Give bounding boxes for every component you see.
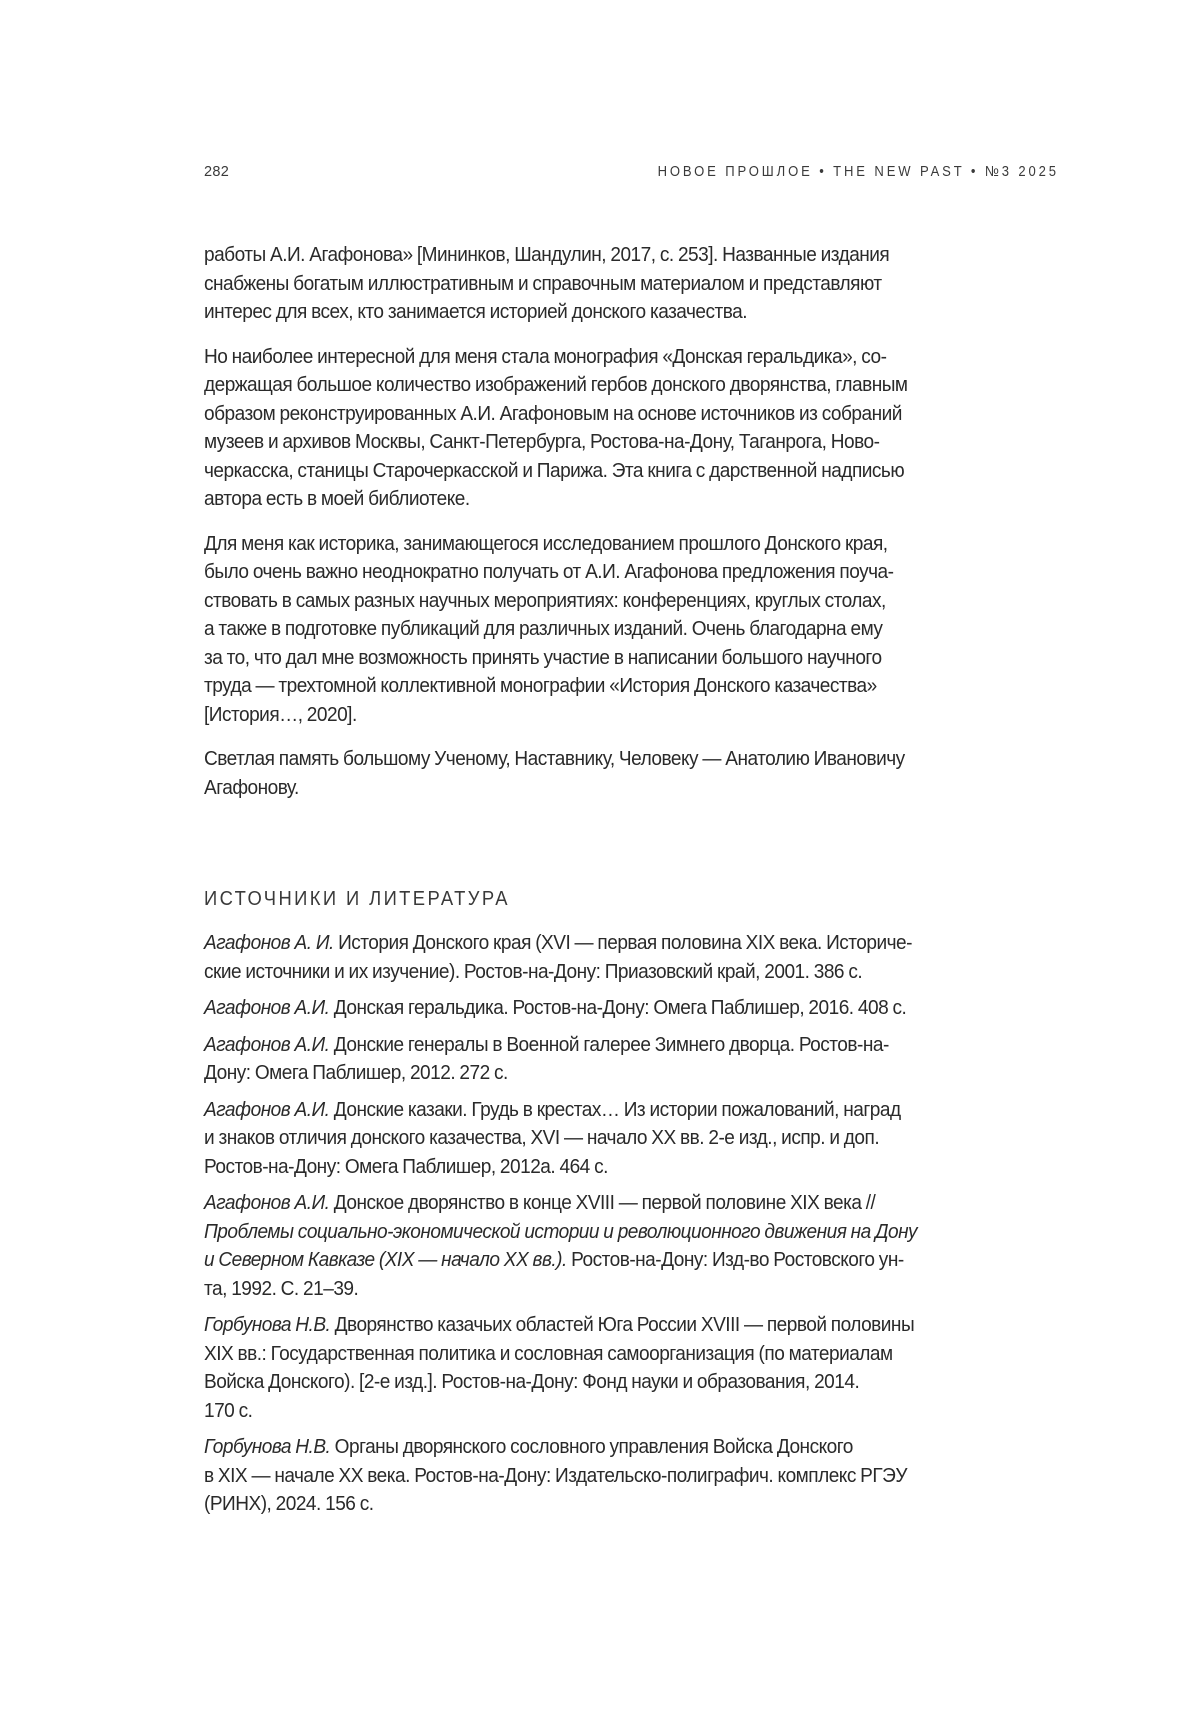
reference-entry: Горбунова Н.В. Органы дворянского сослов… bbox=[204, 1433, 1060, 1519]
reference-segment: Донские казаки. Грудь в крестах… Из исто… bbox=[329, 1098, 900, 1121]
text-line: [История…, 2020]. bbox=[204, 701, 1060, 730]
reference-line: Дону: Омега Паблишер, 2012. 272 с. bbox=[204, 1059, 1060, 1088]
reference-line: Войска Донского). [2-е изд.]. Ростов-на-… bbox=[204, 1368, 1060, 1397]
text-line: Но наиболее интересной для меня стала мо… bbox=[204, 343, 1060, 372]
text-line: Агафонову. bbox=[204, 774, 1060, 803]
reference-italic-segment: Агафонов А.И. bbox=[204, 1098, 329, 1121]
reference-line: Агафонов А.И. Донская геральдика. Ростов… bbox=[204, 994, 1060, 1023]
reference-segment: та, 1992. С. 21–39. bbox=[204, 1277, 358, 1300]
text-line: образом реконструированных А.И. Агафонов… bbox=[204, 400, 1060, 429]
body-paragraph: Для меня как историка, занимающегося исс… bbox=[204, 530, 1060, 730]
reference-line: XIX вв.: Государственная политика и сосл… bbox=[204, 1340, 1060, 1369]
running-header: 282 НОВОЕ ПРОШЛОЕ • THE NEW PAST • №3 20… bbox=[204, 164, 1059, 186]
body-paragraph: работы А.И. Агафонова» [Мининков, Шандул… bbox=[204, 241, 1060, 327]
reference-italic-segment: Горбунова Н.В. bbox=[204, 1435, 330, 1458]
text-line: а также в подготовке публикаций для разл… bbox=[204, 615, 1060, 644]
reference-line: Проблемы социально-экономической истории… bbox=[204, 1218, 1060, 1247]
reference-line: та, 1992. С. 21–39. bbox=[204, 1275, 1060, 1304]
reference-entry: Агафонов А.И. Донская геральдика. Ростов… bbox=[204, 994, 1060, 1023]
reference-entry: Агафонов А.И. Донские казаки. Грудь в кр… bbox=[204, 1096, 1060, 1182]
reference-segment: Донское дворянство в конце XVIII — перво… bbox=[329, 1191, 875, 1214]
reference-segment: в XIX — начале XX века. Ростов-на-Дону: … bbox=[204, 1464, 907, 1487]
reference-italic-segment: Агафонов А. И. bbox=[204, 931, 334, 954]
reference-line: 170 с. bbox=[204, 1397, 1060, 1426]
body-paragraph: Светлая память большому Ученому, Наставн… bbox=[204, 745, 1060, 802]
text-line: автора есть в моей библиотеке. bbox=[204, 485, 1060, 514]
reference-segment: Войска Донского). [2-е изд.]. Ростов-на-… bbox=[204, 1370, 859, 1393]
reference-entry: Агафонов А.И. Донские генералы в Военной… bbox=[204, 1031, 1060, 1088]
reference-line: Агафонов А. И. История Донского края (XV… bbox=[204, 929, 1060, 958]
reference-line: Агафонов А.И. Донское дворянство в конце… bbox=[204, 1189, 1060, 1218]
reference-segment: Ростов-на-Дону: Омега Паблишер, 2012а. 4… bbox=[204, 1155, 608, 1178]
reference-segment: 170 с. bbox=[204, 1399, 252, 1422]
reference-entry: Горбунова Н.В. Дворянство казачьих облас… bbox=[204, 1311, 1060, 1425]
reference-segment: (РИНХ), 2024. 156 с. bbox=[204, 1492, 374, 1515]
reference-line: в XIX — начале XX века. Ростов-на-Дону: … bbox=[204, 1462, 1060, 1491]
body-text: работы А.И. Агафонова» [Мининков, Шандул… bbox=[204, 241, 1059, 802]
reference-segment: История Донского края (XVI — первая поло… bbox=[334, 931, 912, 954]
text-line: работы А.И. Агафонова» [Мининков, Шандул… bbox=[204, 241, 1060, 270]
reference-segment: Донская геральдика. Ростов-на-Дону: Омег… bbox=[329, 996, 906, 1019]
reference-segment: Органы дворянского сословного управления… bbox=[330, 1435, 853, 1458]
reference-italic-segment: Проблемы социально-экономической истории… bbox=[204, 1220, 917, 1243]
reference-italic-segment: Агафонов А.И. bbox=[204, 1033, 329, 1056]
reference-line: Ростов-на-Дону: Омега Паблишер, 2012а. 4… bbox=[204, 1153, 1060, 1182]
text-line: музеев и архивов Москвы, Санкт-Петербург… bbox=[204, 428, 1060, 457]
text-line: держащая большое количество изображений … bbox=[204, 371, 1060, 400]
reference-segment: Донские генералы в Военной галерее Зимне… bbox=[329, 1033, 888, 1056]
text-line: Для меня как историка, занимающегося исс… bbox=[204, 530, 1060, 559]
reference-italic-segment: Горбунова Н.В. bbox=[204, 1313, 330, 1336]
reference-entry: Агафонов А.И. Донское дворянство в конце… bbox=[204, 1189, 1060, 1303]
journal-title: НОВОЕ ПРОШЛОЕ • THE NEW PAST • №3 2025 bbox=[658, 164, 1059, 180]
text-line: было очень важно неоднократно получать о… bbox=[204, 558, 1060, 587]
text-line: интерес для всех, кто занимается историе… bbox=[204, 298, 1060, 327]
reference-entry: Агафонов А. И. История Донского края (XV… bbox=[204, 929, 1060, 986]
reference-segment: Ростов-на-Дону: Изд-во Ростовского ун- bbox=[567, 1248, 904, 1271]
reference-segment: Дворянство казачьих областей Юга России … bbox=[330, 1313, 914, 1336]
references-list: Агафонов А. И. История Донского края (XV… bbox=[204, 929, 1059, 1519]
reference-line: Агафонов А.И. Донские генералы в Военной… bbox=[204, 1031, 1060, 1060]
text-line: черкасска, станицы Старочеркасской и Пар… bbox=[204, 457, 1060, 486]
reference-line: Горбунова Н.В. Органы дворянского сослов… bbox=[204, 1433, 1060, 1462]
reference-line: ские источники и их изучение). Ростов-на… bbox=[204, 958, 1060, 987]
references-heading: ИСТОЧНИКИ И ЛИТЕРАТУРА bbox=[204, 888, 991, 911]
reference-segment: ские источники и их изучение). Ростов-на… bbox=[204, 960, 862, 983]
page-content: работы А.И. Агафонова» [Мининков, Шандул… bbox=[204, 241, 1059, 1527]
reference-segment: XIX вв.: Государственная политика и сосл… bbox=[204, 1342, 893, 1365]
reference-italic-segment: и Северном Кавказе (XIX — начало XX вв.)… bbox=[204, 1248, 567, 1271]
text-line: снабжены богатым иллюстративным и справо… bbox=[204, 270, 1060, 299]
reference-line: Горбунова Н.В. Дворянство казачьих облас… bbox=[204, 1311, 1060, 1340]
page-number: 282 bbox=[204, 164, 229, 180]
reference-line: Агафонов А.И. Донские казаки. Грудь в кр… bbox=[204, 1096, 1060, 1125]
reference-line: и знаков отличия донского казачества, XV… bbox=[204, 1124, 1060, 1153]
text-line: Светлая память большому Ученому, Наставн… bbox=[204, 745, 1060, 774]
reference-segment: и знаков отличия донского казачества, XV… bbox=[204, 1126, 879, 1149]
reference-segment: Дону: Омега Паблишер, 2012. 272 с. bbox=[204, 1061, 508, 1084]
text-line: ствовать в самых разных научных мероприя… bbox=[204, 587, 1060, 616]
reference-italic-segment: Агафонов А.И. bbox=[204, 996, 329, 1019]
text-line: за то, что дал мне возможность принять у… bbox=[204, 644, 1060, 673]
reference-line: (РИНХ), 2024. 156 с. bbox=[204, 1490, 1060, 1519]
text-line: труда — трехтомной коллективной монограф… bbox=[204, 672, 1060, 701]
reference-italic-segment: Агафонов А.И. bbox=[204, 1191, 329, 1214]
body-paragraph: Но наиболее интересной для меня стала мо… bbox=[204, 343, 1060, 514]
reference-line: и Северном Кавказе (XIX — начало XX вв.)… bbox=[204, 1246, 1060, 1275]
